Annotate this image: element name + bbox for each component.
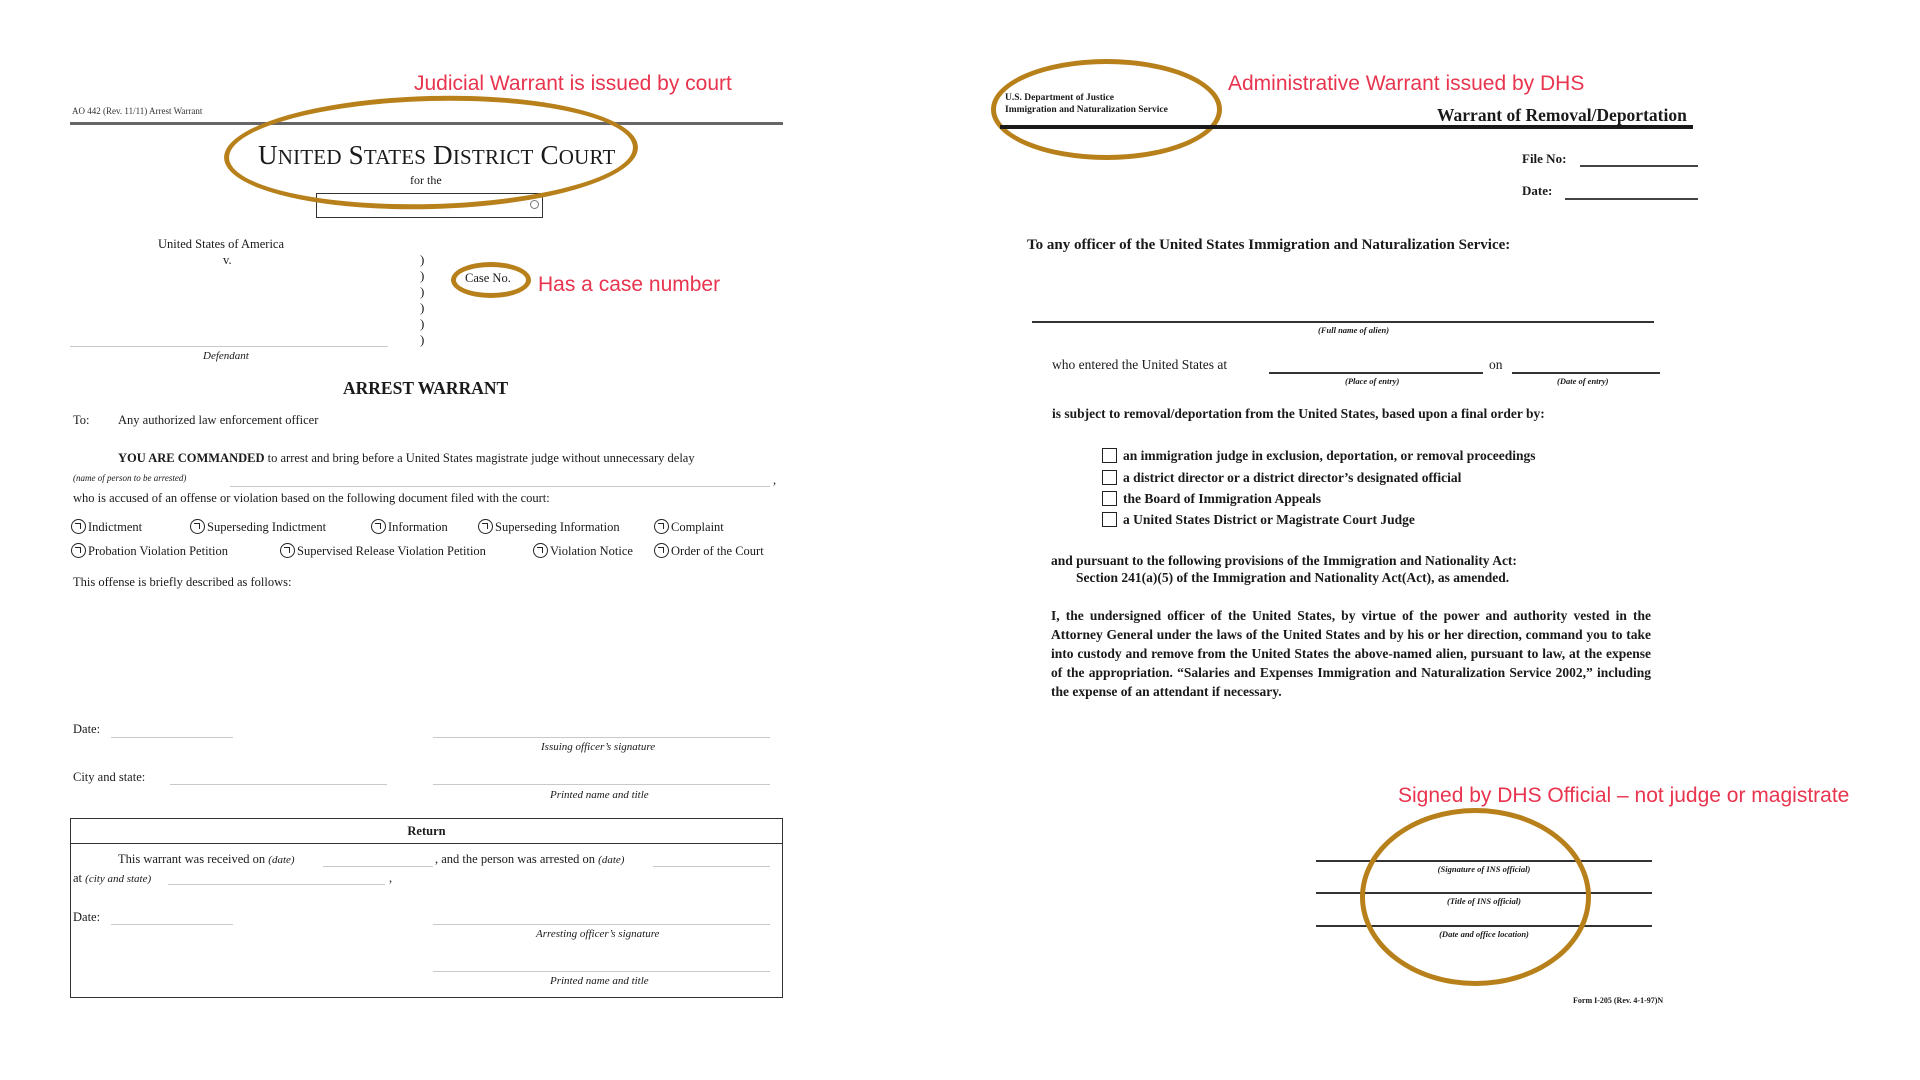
form-footer: Form I-205 (Rev. 4-1-97)N xyxy=(1573,996,1663,1005)
return-date-field[interactable] xyxy=(111,924,233,925)
received-line: This warrant was received on (date) xyxy=(118,852,295,867)
commanded-bold: YOU ARE COMMANDED xyxy=(118,451,265,465)
annotation-judicial-warrant: Judicial Warrant is issued by court xyxy=(414,72,732,96)
return-date-label: Date: xyxy=(73,910,100,925)
addressee: To any officer of the United States Immi… xyxy=(1027,237,1510,254)
radio-icon xyxy=(478,519,493,534)
commanded-rest: to arrest and bring before a United Stat… xyxy=(265,451,695,465)
radio-icon xyxy=(371,519,386,534)
printed-name-caption: Printed name and title xyxy=(550,789,649,801)
printed-name-field[interactable] xyxy=(433,784,770,785)
at-line: at (city and state) xyxy=(73,871,151,886)
judicial-warrant-document: Judicial Warrant is issued by court AO 4… xyxy=(0,0,960,1080)
for-the-label: for the xyxy=(410,173,442,188)
agency-header: U.S. Department of Justice Immigration a… xyxy=(1005,92,1168,116)
radio-icon xyxy=(654,519,669,534)
header-rule xyxy=(70,122,783,125)
checkbox-icon xyxy=(1102,470,1117,485)
date-location-caption: (Date and office location) xyxy=(1316,929,1652,939)
date-of-entry-caption: (Date of entry) xyxy=(1557,376,1608,386)
doc-type-option[interactable]: Order of the Court xyxy=(654,543,764,559)
file-no-field[interactable] xyxy=(1580,165,1698,167)
court-title-text: UNITED STATES DISTRICT COURT xyxy=(258,140,615,170)
doc-type-option[interactable]: Information xyxy=(371,519,448,535)
return-printed-name-caption: Printed name and title xyxy=(550,975,649,987)
arrest-warrant-title: ARREST WARRANT xyxy=(343,378,508,399)
doc-type-option[interactable]: Indictment xyxy=(71,519,142,535)
arresting-signature-field[interactable] xyxy=(433,924,770,925)
doc-type-option[interactable]: Superseding Information xyxy=(478,519,620,535)
radio-icon xyxy=(190,519,205,534)
return-printed-name-field[interactable] xyxy=(433,971,770,972)
issuing-signature-field[interactable] xyxy=(433,737,770,738)
arrested-date-field[interactable] xyxy=(653,866,770,867)
entered-text: who entered the United States at xyxy=(1052,357,1227,373)
caption-bracket: ) xyxy=(420,284,424,300)
doc-type-option[interactable]: Probation Violation Petition xyxy=(71,543,228,559)
name-of-person-field[interactable] xyxy=(230,486,770,487)
defendant-label: Defendant xyxy=(203,350,249,362)
place-of-entry-caption: (Place of entry) xyxy=(1345,376,1399,386)
comma: , xyxy=(389,871,392,886)
signature-caption: (Signature of INS official) xyxy=(1316,864,1652,874)
city-state-label: City and state: xyxy=(73,770,145,785)
section-text: Section 241(a)(5) of the Immigration and… xyxy=(1076,570,1509,586)
caption-bracket: ) xyxy=(420,332,424,348)
place-of-entry-field[interactable] xyxy=(1269,372,1483,374)
title-caption: (Title of INS official) xyxy=(1316,896,1652,906)
file-no-label: File No: xyxy=(1522,151,1566,167)
caption-bracket: ) xyxy=(420,300,424,316)
date-label: Date: xyxy=(73,722,100,737)
court-title: UNITED STATES DISTRICT COURT xyxy=(258,140,615,171)
header-rule xyxy=(1000,125,1693,129)
order-option[interactable]: a United States District or Magistrate C… xyxy=(1102,512,1415,528)
district-select[interactable] xyxy=(316,193,543,218)
order-option[interactable]: an immigration judge in exclusion, depor… xyxy=(1102,448,1536,464)
on-text: on xyxy=(1489,357,1503,373)
plaintiff-name: United States of America xyxy=(158,237,284,252)
radio-icon xyxy=(71,543,86,558)
order-option[interactable]: a district director or a district direct… xyxy=(1102,470,1461,486)
checkbox-icon xyxy=(1102,448,1117,463)
subject-text: is subject to removal/deportation from t… xyxy=(1052,406,1545,422)
doc-type-option[interactable]: Violation Notice xyxy=(533,543,633,559)
to-label: To: xyxy=(73,413,90,428)
pursuant-text: and pursuant to the following provisions… xyxy=(1051,553,1517,569)
checkbox-icon xyxy=(1102,491,1117,506)
name-caption: (name of person to be arrested) xyxy=(73,473,186,483)
doc-type-option[interactable]: Supervised Release Violation Petition xyxy=(280,543,486,559)
radio-icon xyxy=(71,519,86,534)
caption-bracket: ) xyxy=(420,252,424,268)
caption-bracket: ) xyxy=(420,268,424,284)
arrested-line: , and the person was arrested on (date) xyxy=(435,852,624,867)
annotation-signed-by: Signed by DHS Official – not judge or ma… xyxy=(1398,784,1849,808)
doc-type-option[interactable]: Complaint xyxy=(654,519,724,535)
full-name-caption: (Full name of alien) xyxy=(1318,325,1389,335)
signature-field[interactable] xyxy=(1316,860,1652,862)
defendant-line[interactable] xyxy=(70,346,388,347)
date-location-field[interactable] xyxy=(1316,925,1652,927)
order-option[interactable]: the Board of Immigration Appeals xyxy=(1102,491,1321,507)
full-name-field[interactable] xyxy=(1032,321,1654,323)
date-field[interactable] xyxy=(111,737,233,738)
command-paragraph: I, the undersigned officer of the United… xyxy=(1051,606,1651,701)
date-field[interactable] xyxy=(1565,198,1698,200)
annotation-case-number: Has a case number xyxy=(538,273,720,297)
offense-described-label: This offense is briefly described as fol… xyxy=(73,575,291,590)
caption-bracket: ) xyxy=(420,316,424,332)
comma: , xyxy=(773,473,776,488)
issuing-signature-caption: Issuing officer’s signature xyxy=(541,741,655,753)
versus: v. xyxy=(223,253,232,268)
radio-icon xyxy=(533,543,548,558)
annotation-administrative-warrant: Administrative Warrant issued by DHS xyxy=(1228,72,1584,96)
title-field[interactable] xyxy=(1316,892,1652,894)
date-label: Date: xyxy=(1522,183,1552,199)
dropdown-icon xyxy=(530,200,539,209)
received-date-field[interactable] xyxy=(323,866,433,867)
warrant-removal-title: Warrant of Removal/Deportation xyxy=(1437,105,1687,126)
checkbox-icon xyxy=(1102,512,1117,527)
city-state-field[interactable] xyxy=(170,784,387,785)
commanded-line: YOU ARE COMMANDED to arrest and bring be… xyxy=(118,451,695,466)
arresting-signature-caption: Arresting officer’s signature xyxy=(536,928,659,940)
form-id: AO 442 (Rev. 11/11) Arrest Warrant xyxy=(72,106,202,116)
return-title: Return xyxy=(71,819,782,844)
arrest-location-field[interactable] xyxy=(168,884,385,885)
to-recipient: Any authorized law enforcement officer xyxy=(118,413,318,428)
case-no-label: Case No. xyxy=(465,271,511,286)
accused-line: who is accused of an offense or violatio… xyxy=(73,491,550,506)
date-of-entry-field[interactable] xyxy=(1512,372,1660,374)
radio-icon xyxy=(654,543,669,558)
doc-type-option[interactable]: Superseding Indictment xyxy=(190,519,326,535)
radio-icon xyxy=(280,543,295,558)
